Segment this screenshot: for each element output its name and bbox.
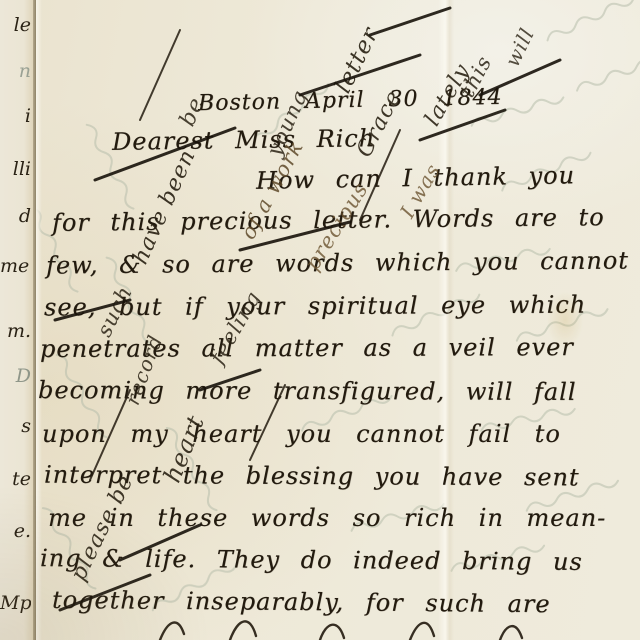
page-edge-fragment: Mp bbox=[0, 592, 31, 614]
letter-line: penetrates all matter as a veil ever bbox=[40, 333, 574, 363]
crosswriting-fragment: will bbox=[500, 24, 539, 71]
letter-line: becoming more transfigured, will fall bbox=[38, 376, 577, 406]
letter-line: upon my heart you cannot fail to bbox=[42, 420, 561, 448]
page-edge-fragment: d bbox=[0, 205, 31, 227]
page-edge-fragment: n bbox=[0, 60, 31, 82]
page-edge-fragment: te bbox=[0, 468, 31, 490]
page-edge-fragment: i bbox=[0, 105, 31, 127]
page-edge-fragment: D bbox=[0, 365, 31, 387]
letter-line: me in these words so rich in mean- bbox=[48, 504, 606, 532]
salutation: Dearest Miss Rich bbox=[112, 124, 376, 156]
page-edge-fragment: e. bbox=[0, 520, 31, 542]
page-edge-fragment: me. bbox=[0, 255, 31, 277]
page-edge-fragment: lli bbox=[0, 158, 31, 180]
page-edge-fragment: le bbox=[0, 14, 31, 36]
crosswriting-fragment: letter bbox=[330, 23, 384, 97]
page-edge-fragment: s bbox=[0, 415, 31, 437]
letter-page: le n i lli d me. m. D s te e. Mp Boston … bbox=[0, 0, 640, 640]
page-edge-fragment: m. bbox=[0, 320, 31, 342]
letter-line: together inseparably, for such are bbox=[52, 586, 551, 618]
clipped-bottom-line-strokes bbox=[160, 621, 522, 640]
letter-line: ing & life. They do indeed bring us bbox=[40, 544, 583, 576]
